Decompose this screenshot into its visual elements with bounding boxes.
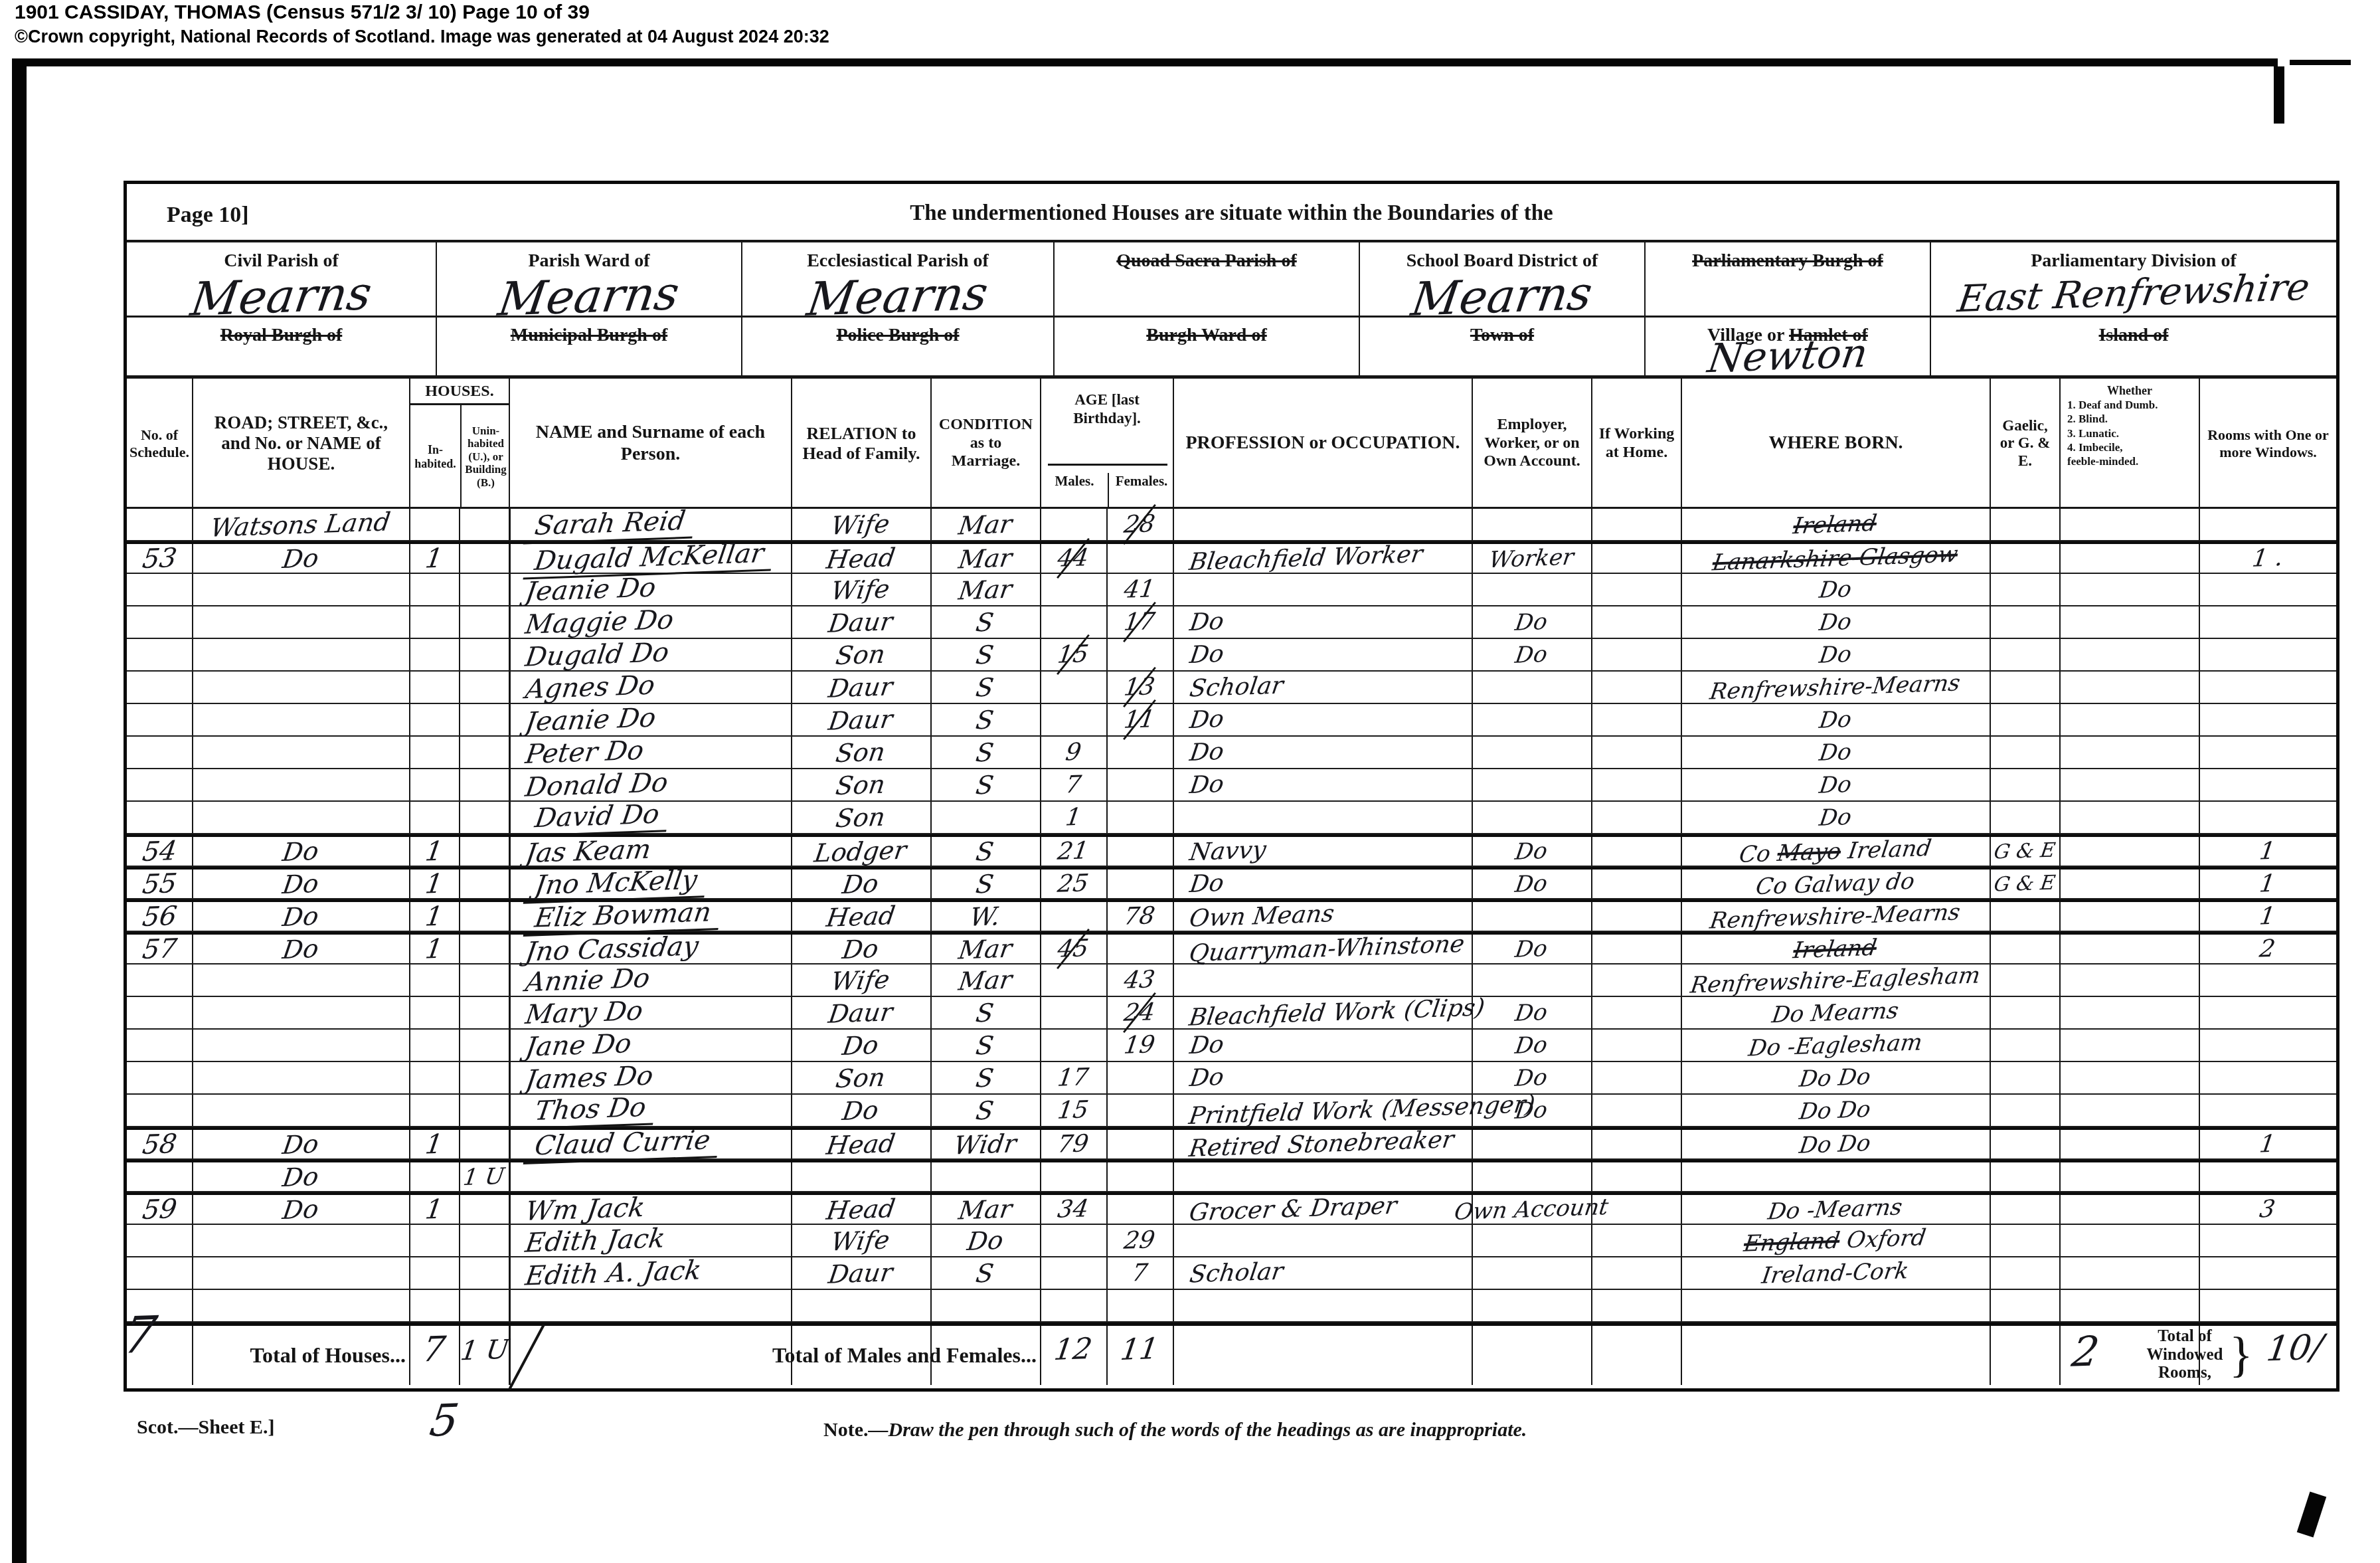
cell-employer: Do bbox=[1472, 1062, 1591, 1093]
cell-rooms: 1 bbox=[2199, 870, 2336, 898]
cell-condition: S bbox=[930, 870, 1040, 898]
cell-employer-text: Do bbox=[1515, 1097, 1547, 1124]
scan-left-edge bbox=[12, 58, 27, 1563]
cell-name: Sarah Reid bbox=[509, 509, 808, 540]
cell-name: Jno Cassiday bbox=[509, 935, 808, 963]
cell-age-female: 28 bbox=[1106, 509, 1173, 540]
parish-label-bottom: Municipal Burgh of bbox=[437, 325, 741, 346]
cell-condition: Widr bbox=[930, 1130, 1040, 1158]
cell-age-male: 34 bbox=[1040, 1195, 1106, 1224]
total-houses-inhabited: 7 bbox=[409, 1330, 459, 1370]
total-males: 12 bbox=[1040, 1333, 1106, 1366]
cell-name-text: Jeanie Do bbox=[526, 575, 655, 605]
table-row: 59Do1Wm JackHeadMar34Grocer & DraperOwn … bbox=[127, 1192, 2336, 1225]
cell-employer-text: Do bbox=[1515, 1065, 1547, 1091]
cell-profession: Do bbox=[1173, 704, 1489, 735]
cell-relation: Daur bbox=[791, 1257, 930, 1289]
cell-age-male: 9 bbox=[1040, 737, 1106, 768]
cell-inhabited-text: 1 bbox=[426, 901, 442, 932]
cell-name-text: James Do bbox=[526, 1063, 653, 1093]
scan-corner-blob bbox=[2297, 1492, 2327, 1538]
cell-inhabited: 1 bbox=[409, 902, 459, 931]
cell-profession-text: Quarryman-Whinstone bbox=[1190, 935, 1464, 963]
cell-age-male: 7 bbox=[1040, 769, 1106, 800]
cell-name: Edith Jack bbox=[509, 1225, 808, 1256]
cell-profession: Grocer & Draper bbox=[1173, 1195, 1489, 1224]
cell-profession: Retired Stonebreaker bbox=[1173, 1130, 1489, 1158]
cell-age-female: 11 bbox=[1106, 704, 1173, 735]
cell-employer: Do bbox=[1472, 1095, 1591, 1126]
table-row: Mary DoDaurS24Bleachfield Work (Clips)Do… bbox=[127, 997, 2336, 1030]
cell-relation-text: Wife bbox=[831, 966, 889, 995]
cell-relation-text: Son bbox=[836, 1063, 885, 1093]
cell-condition-text: Mar bbox=[959, 544, 1012, 573]
cell-relation: Head bbox=[791, 1130, 930, 1158]
parish-cell: Civil Parish ofMearnsRoyal Burgh of bbox=[127, 242, 436, 375]
cell-schedule-no: 54 bbox=[127, 837, 192, 866]
cell-age-female: 7 bbox=[1106, 1257, 1173, 1289]
sheet-footnote-left: Scot.—Sheet E.] bbox=[137, 1416, 274, 1439]
cell-relation: Do bbox=[791, 870, 930, 898]
cell-relation-text: Head bbox=[827, 1130, 895, 1159]
cell-age-male: 15 bbox=[1040, 639, 1106, 670]
cell-name-text: Edith Jack bbox=[526, 1226, 665, 1256]
cell-relation-text: Daur bbox=[829, 673, 892, 702]
cell-rooms-text: 1 bbox=[2260, 838, 2275, 865]
cell-age-male: 25 bbox=[1040, 870, 1106, 898]
cell-condition-text: Mar bbox=[959, 510, 1012, 539]
cell-where-born: Do -Mearns bbox=[1681, 1195, 1990, 1224]
cell-rooms: 1 bbox=[2199, 837, 2336, 866]
cell-employer: Do bbox=[1472, 935, 1591, 963]
cell-age-male-text: 1 bbox=[1066, 804, 1081, 831]
parish-divider bbox=[1931, 316, 2336, 318]
cell-schedule-no-text: 59 bbox=[143, 1194, 177, 1225]
cell-condition: W. bbox=[930, 902, 1040, 931]
cell-age-male-text: 21 bbox=[1058, 838, 1088, 865]
cell-profession-text: Navvy bbox=[1190, 838, 1266, 865]
cell-road: Do bbox=[192, 1162, 409, 1191]
cell-road: Do bbox=[192, 1130, 409, 1158]
cell-relation-text: Do bbox=[843, 1031, 878, 1060]
cell-age-male-text: 15 bbox=[1058, 1097, 1088, 1124]
cell-condition: S bbox=[930, 837, 1040, 866]
cell-where-born-text: Renfrewshire-Mearns bbox=[1711, 674, 1960, 701]
cell-relation: Son bbox=[791, 802, 930, 833]
cell-name: Claud Currie bbox=[509, 1130, 808, 1158]
cell-name-text: Dugald McKellar bbox=[526, 542, 772, 575]
colhead-infirmity: Whether1. Deaf and Dumb.2. Blind.3. Luna… bbox=[2059, 379, 2199, 508]
cell-name-text: Jas Keam bbox=[526, 836, 650, 867]
cell-profession-text: Own Means bbox=[1190, 903, 1333, 930]
cell-condition-text: S bbox=[976, 1096, 993, 1125]
cell-relation: Son bbox=[791, 639, 930, 670]
cell-condition: S bbox=[930, 997, 1040, 1028]
cell-profession-text: Do bbox=[1190, 771, 1224, 798]
cell-where-born: Do Do bbox=[1681, 1062, 1990, 1093]
cell-age-female-text: 29 bbox=[1124, 1227, 1155, 1254]
cell-profession: Do bbox=[1173, 870, 1489, 898]
cell-name: Jeanie Do bbox=[509, 704, 808, 735]
cell-condition-text: Widr bbox=[954, 1130, 1016, 1159]
cell-schedule-no: 55 bbox=[127, 870, 192, 898]
cell-schedule-no-text: 54 bbox=[143, 836, 177, 867]
cell-rooms: 2 bbox=[2199, 935, 2336, 963]
cell-age-female-text: 24 bbox=[1124, 999, 1155, 1026]
cell-relation-text: Head bbox=[827, 544, 895, 573]
total-windowed-value: 10/ bbox=[2258, 1329, 2332, 1368]
cell-condition-text: S bbox=[976, 608, 993, 637]
cell-where-born: Do bbox=[1681, 802, 1990, 833]
cell-profession: Do bbox=[1173, 769, 1489, 800]
cell-employer-text: Do bbox=[1515, 838, 1547, 865]
cell-where-born: Do bbox=[1681, 574, 1990, 605]
cell-relation-text: Wife bbox=[831, 1226, 889, 1255]
cell-road-text: Do bbox=[283, 870, 318, 899]
colhead-where-born: WHERE BORN. bbox=[1681, 379, 1990, 508]
table-row: 53Do1Dugald McKellarHeadMar44Bleachfield… bbox=[127, 541, 2336, 574]
cell-age-female-text: 11 bbox=[1124, 706, 1155, 733]
cell-employer: Do bbox=[1472, 870, 1591, 898]
colhead-uninhabited: Unin-habited (U.), or Building (B.) bbox=[460, 405, 510, 508]
footer-note-text: —Draw the pen through such of the words … bbox=[868, 1419, 1527, 1441]
cell-where-born: England Oxford bbox=[1681, 1225, 1990, 1256]
table-row: Jeanie DoDaurS11DoDo bbox=[127, 704, 2336, 737]
cell-relation-text: Son bbox=[836, 803, 885, 832]
cell-relation: Wife bbox=[791, 1225, 930, 1256]
cell-where-born-text: Do bbox=[1820, 804, 1851, 831]
cell-age-female: 13 bbox=[1106, 672, 1173, 703]
cell-name-text: Jane Do bbox=[526, 1030, 631, 1061]
cell-relation-text: Daur bbox=[829, 1259, 892, 1288]
colhead-age-divider bbox=[1048, 464, 1167, 466]
table-row bbox=[127, 1290, 2336, 1323]
cell-condition-text: W. bbox=[970, 902, 1000, 931]
total-windowed-line2: Windowed bbox=[2135, 1346, 2235, 1364]
colhead-males: Males. bbox=[1041, 473, 1108, 490]
cell-age-female-text: 17 bbox=[1124, 608, 1155, 636]
cell-relation: Wife bbox=[791, 574, 930, 605]
cell-age-male: 1 bbox=[1040, 802, 1106, 833]
cell-condition: S bbox=[930, 704, 1040, 735]
colhead-infirmity-title: Whether bbox=[2065, 384, 2195, 398]
cell-age-male: 17 bbox=[1040, 1062, 1106, 1093]
cell-road: Do bbox=[192, 902, 409, 931]
census-scan-page: 1901 CASSIDAY, THOMAS (Census 571/2 3/ 1… bbox=[0, 0, 2380, 1563]
cell-name: Eliz Bowman bbox=[509, 902, 808, 931]
cell-age-female-text: 13 bbox=[1124, 674, 1155, 701]
cell-where-born-text: Do bbox=[1820, 772, 1851, 798]
cell-profession-text: Bleachfield Work (Clips) bbox=[1190, 999, 1484, 1026]
cell-name-text: Jeanie Do bbox=[526, 705, 655, 735]
table-row: 57Do1Jno CassidayDoMar45Quarryman-Whinst… bbox=[127, 932, 2336, 965]
cell-age-female-text: 41 bbox=[1124, 576, 1155, 603]
cell-schedule-no-text: 53 bbox=[143, 543, 177, 574]
cell-name-text: Agnes Do bbox=[526, 672, 654, 703]
cell-condition-text: Mar bbox=[959, 575, 1012, 604]
cell-gaelic: G & E bbox=[1990, 870, 2059, 898]
cell-employer: Worker bbox=[1472, 544, 1591, 573]
cell-name: Mary Do bbox=[509, 997, 808, 1028]
parish-label-top: Parliamentary Burgh of bbox=[1646, 250, 1930, 272]
cell-relation-text: Daur bbox=[829, 705, 892, 735]
cell-road: Watsons Land bbox=[192, 509, 409, 540]
cell-profession-text: Do bbox=[1190, 1032, 1224, 1059]
table-row: Dugald DoSonS15DoDoDo bbox=[127, 639, 2336, 672]
totals-band: Total of Houses... 7 1 U Total of Males … bbox=[127, 1323, 2336, 1385]
margin-tick: 7 bbox=[124, 1305, 156, 1364]
cell-schedule-no-text: 55 bbox=[143, 869, 177, 899]
cell-relation: Head bbox=[791, 544, 930, 573]
cell-gaelic-text: G & E bbox=[1994, 840, 2055, 863]
cell-where-born-text: Co Galway do bbox=[1756, 871, 1914, 897]
cell-where-born-text: Do -Mearns bbox=[1768, 1196, 1902, 1223]
cell-road: Do bbox=[192, 1195, 409, 1224]
cell-condition-text: S bbox=[976, 771, 993, 800]
table-row: Agnes DoDaurS13ScholarRenfrewshire-Mearn… bbox=[127, 672, 2336, 704]
cell-age-female-text: 43 bbox=[1124, 966, 1155, 994]
cell-condition-text: Do bbox=[968, 1226, 1003, 1255]
colhead-age-title: AGE [last Birthday]. bbox=[1041, 391, 1173, 427]
cell-where-born-text: Do bbox=[1820, 609, 1851, 636]
cell-relation-text: Daur bbox=[829, 608, 892, 637]
cell-relation-text: Wife bbox=[831, 510, 889, 539]
cell-name-text: Peter Do bbox=[526, 737, 643, 768]
cell-condition: Do bbox=[930, 1225, 1040, 1256]
cell-profession: Scholar bbox=[1173, 1257, 1489, 1289]
cell-schedule-no: 58 bbox=[127, 1130, 192, 1158]
sheet-label: Scot.—Sheet E.] bbox=[137, 1416, 274, 1438]
cell-relation-text: Son bbox=[836, 738, 885, 767]
cell-profession: Navvy bbox=[1173, 837, 1489, 866]
parish-cell: Parliamentary Burgh ofVillage or Hamlet … bbox=[1644, 242, 1930, 375]
cell-where-born-text: Co Mayo Ireland bbox=[1740, 838, 1930, 865]
total-houses-uninhabited: 1 U bbox=[455, 1335, 515, 1366]
sheet-title: The undermentioned Houses are situate wi… bbox=[127, 201, 2336, 226]
cell-name: Dugald McKellar bbox=[509, 544, 808, 573]
table-row: Edith A. JackDaurS7ScholarIreland-Cork bbox=[127, 1257, 2336, 1290]
cell-schedule-no: 53 bbox=[127, 544, 192, 573]
parish-label-bottom: Royal Burgh of bbox=[127, 325, 436, 346]
parish-divider bbox=[437, 316, 741, 318]
table-row: Edith JackWifeDo29England Oxford bbox=[127, 1225, 2336, 1257]
cell-age-female: 41 bbox=[1106, 574, 1173, 605]
parish-cell: School Board District ofMearnsTown of bbox=[1359, 242, 1644, 375]
cell-road-text: Watsons Land bbox=[211, 510, 390, 539]
cell-condition: Mar bbox=[930, 509, 1040, 540]
cell-rooms-text: 1 bbox=[2260, 870, 2275, 897]
cell-name: Edith A. Jack bbox=[509, 1257, 808, 1289]
cell-relation: Wife bbox=[791, 965, 930, 996]
colhead-infirmity-item: feeble-minded. bbox=[2065, 454, 2195, 468]
cell-condition-text: S bbox=[976, 837, 993, 866]
cell-name-text: Thos Do bbox=[526, 1094, 655, 1127]
cell-rooms: 3 bbox=[2199, 1195, 2336, 1224]
cell-age-male-text: 34 bbox=[1058, 1196, 1088, 1223]
scan-top-edge bbox=[12, 58, 2278, 66]
cell-employer-text: Worker bbox=[1489, 545, 1573, 572]
cell-profession: Do bbox=[1173, 606, 1489, 638]
gaelic-total-mark: 2 bbox=[2046, 1327, 2126, 1376]
cell-relation-text: Head bbox=[827, 902, 895, 931]
parish-divider bbox=[1360, 316, 1644, 318]
cell-schedule-no: 57 bbox=[127, 935, 192, 963]
cell-employer: Own Account bbox=[1472, 1195, 1591, 1224]
cell-relation: Son bbox=[791, 769, 930, 800]
cell-inhabited-text: 1 bbox=[426, 1129, 442, 1160]
cell-name: Agnes Do bbox=[509, 672, 808, 703]
cell-age-female: 78 bbox=[1106, 902, 1173, 931]
cell-condition: Mar bbox=[930, 544, 1040, 573]
cell-name: Wm Jack bbox=[509, 1195, 808, 1224]
cell-where-born: Do bbox=[1681, 606, 1990, 638]
total-windowed-label: Total of Windowed Rooms, bbox=[2135, 1327, 2235, 1382]
cell-where-born: Renfrewshire-Eaglesham bbox=[1681, 965, 1990, 996]
cell-name-text: Mary Do bbox=[526, 998, 642, 1028]
table-row: 54Do1Jas KeamLodgerS21NavvyDoCo Mayo Ire… bbox=[127, 834, 2336, 867]
cell-name: Jno McKelly bbox=[509, 870, 808, 898]
cell-inhabited-text: 1 bbox=[426, 934, 442, 965]
table-row: James DoSonS17DoDoDo Do bbox=[127, 1062, 2336, 1095]
cell-age-female: 29 bbox=[1106, 1225, 1173, 1256]
colhead-age-group: AGE [last Birthday].Males.Females. bbox=[1040, 379, 1173, 508]
cell-where-born: Do Do bbox=[1681, 1130, 1990, 1158]
cell-relation-text: Head bbox=[827, 1195, 895, 1224]
parish-divider bbox=[127, 316, 436, 318]
cell-inhabited-text: 1 bbox=[426, 869, 442, 899]
colhead-gaelic: Gaelic, or G. & E. bbox=[1990, 379, 2059, 508]
cell-road: Do bbox=[192, 544, 409, 573]
cell-age-male-text: 25 bbox=[1058, 870, 1088, 897]
cell-relation-text: Lodger bbox=[815, 837, 906, 866]
cell-where-born: Co Mayo Ireland bbox=[1681, 837, 1990, 866]
cell-employer: Do bbox=[1472, 837, 1591, 866]
cell-where-born-text: Do -Eaglesham bbox=[1749, 1032, 1922, 1059]
cell-age-female-text: 28 bbox=[1124, 511, 1155, 538]
cell-condition: S bbox=[930, 639, 1040, 670]
cell-name: Maggie Do bbox=[509, 606, 808, 638]
cell-relation: Do bbox=[791, 1095, 930, 1126]
table-row: 56Do1Eliz BowmanHeadW.78Own MeansRenfrew… bbox=[127, 899, 2336, 932]
footer-note: Note.—Draw the pen through such of the w… bbox=[823, 1419, 1527, 1441]
cell-age-male-text: 17 bbox=[1058, 1064, 1088, 1091]
cell-age-female-text: 78 bbox=[1124, 903, 1155, 930]
cell-age-male-text: 45 bbox=[1058, 935, 1088, 963]
cell-inhabited: 1 bbox=[409, 837, 459, 866]
cell-employer-text: Do bbox=[1515, 609, 1547, 636]
cell-age-female: 43 bbox=[1106, 965, 1173, 996]
table-row: 55Do1Jno McKellyDoS25DoDoCo Galway doG &… bbox=[127, 867, 2336, 899]
cell-age-male: 21 bbox=[1040, 837, 1106, 866]
cell-inhabited: 1 bbox=[409, 1195, 459, 1224]
cell-age-male-text: 15 bbox=[1058, 641, 1088, 668]
cell-condition-text: S bbox=[976, 1031, 993, 1060]
cell-age-female-text: 7 bbox=[1132, 1259, 1147, 1287]
colhead-if-working-at-home: If Working at Home. bbox=[1591, 379, 1681, 508]
cell-name: Jas Keam bbox=[509, 837, 808, 866]
cell-name-text: Claud Currie bbox=[526, 1128, 719, 1161]
cell-employer: Do bbox=[1472, 606, 1591, 638]
cell-name: Thos Do bbox=[509, 1095, 808, 1126]
cell-relation: Daur bbox=[791, 606, 930, 638]
cell-uninhabited: 1 U bbox=[459, 1162, 509, 1191]
cell-condition-text: S bbox=[976, 870, 993, 899]
cell-where-born-text: England Oxford bbox=[1744, 1228, 1925, 1254]
cell-profession: Do bbox=[1173, 639, 1489, 670]
parish-label-bottom: Burgh Ward of bbox=[1055, 325, 1359, 346]
cell-condition: Mar bbox=[930, 574, 1040, 605]
cell-name-text: Jno McKelly bbox=[526, 868, 706, 901]
colhead-females: Females. bbox=[1108, 473, 1174, 508]
cell-condition-text: Mar bbox=[959, 966, 1012, 995]
colhead-profession: PROFESSION or OCCUPATION. bbox=[1173, 379, 1472, 508]
cell-rooms-text: 3 bbox=[2260, 1196, 2275, 1223]
cell-where-born: Renfrewshire-Mearns bbox=[1681, 672, 1990, 703]
parish-cell: Quoad Sacra Parish ofBurgh Ward of bbox=[1053, 242, 1359, 375]
cell-name-text: Edith A. Jack bbox=[526, 1258, 701, 1289]
cell-relation: Daur bbox=[791, 672, 930, 703]
cell-name-text: Donald Do bbox=[526, 770, 667, 800]
cell-inhabited: 1 bbox=[409, 1130, 459, 1158]
cell-road-text: Do bbox=[283, 935, 318, 964]
cell-where-born-text: Do bbox=[1820, 707, 1851, 733]
cell-name-text: Sarah Reid bbox=[526, 508, 694, 541]
total-houses-label: Total of Houses... bbox=[167, 1343, 406, 1368]
cell-name-text: Wm Jack bbox=[526, 1194, 644, 1225]
parish-label-top: Quoad Sacra Parish of bbox=[1055, 250, 1359, 272]
colhead-employer: Employer, Worker, or on Own Account. bbox=[1472, 379, 1591, 508]
parish-value-bottom: Newton bbox=[1646, 333, 1930, 379]
cell-where-born-text: Lanarkshire-Glasgow bbox=[1713, 545, 1957, 572]
cell-profession-text: Retired Stonebreaker bbox=[1190, 1131, 1453, 1158]
total-windowed-brace: } bbox=[2229, 1327, 2253, 1384]
parish-cell: Parish Ward ofMearnsMunicipal Burgh of bbox=[436, 242, 741, 375]
cell-name: Peter Do bbox=[509, 737, 808, 768]
cell-rooms-text: 1 bbox=[2260, 1131, 2275, 1158]
cell-relation: Daur bbox=[791, 997, 930, 1028]
cell-name-text: Jno Cassiday bbox=[526, 934, 698, 965]
cell-condition: Mar bbox=[930, 965, 1040, 996]
cell-rooms-text: 1 . bbox=[2252, 545, 2283, 572]
table-row: Annie DoWifeMar43Renfrewshire-Eaglesham bbox=[127, 965, 2336, 997]
cell-employer: Do bbox=[1472, 997, 1591, 1028]
cell-employer: Do bbox=[1472, 639, 1591, 670]
cell-age-male-text: 9 bbox=[1066, 739, 1081, 766]
cell-condition: S bbox=[930, 737, 1040, 768]
cell-relation-text: Do bbox=[843, 935, 878, 964]
viewer-title: 1901 CASSIDAY, THOMAS (Census 571/2 3/ 1… bbox=[15, 1, 590, 24]
cell-gaelic: G & E bbox=[1990, 837, 2059, 866]
cell-where-born-text: Do Do bbox=[1800, 1065, 1870, 1091]
colhead-infirmity-item: 4. Imbecile, bbox=[2065, 440, 2195, 454]
cell-road-text: Do bbox=[283, 837, 318, 866]
colhead-infirmity-item: 1. Deaf and Dumb. bbox=[2065, 398, 2195, 412]
cell-profession: Do bbox=[1173, 1062, 1489, 1093]
cell-rooms-text: 2 bbox=[2260, 935, 2275, 963]
parish-value-top: East Renfrewshire bbox=[1931, 272, 2336, 315]
cell-where-born: Ireland-Cork bbox=[1681, 1257, 1990, 1289]
cell-where-born-text: Do bbox=[1820, 739, 1851, 766]
cell-employer-text: Own Account bbox=[1455, 1196, 1608, 1223]
cell-where-born: Lanarkshire-Glasgow bbox=[1681, 544, 1990, 573]
colhead-houses-group: HOUSES.In-habited.Unin-habited (U.), or … bbox=[409, 379, 509, 508]
cell-where-born-text: Do Mearns bbox=[1772, 1000, 1898, 1026]
cell-schedule-no-text: 56 bbox=[143, 901, 177, 932]
cell-relation-text: Do bbox=[843, 1096, 878, 1125]
parish-label-bottom: Island of bbox=[1931, 325, 2336, 346]
cell-condition: Mar bbox=[930, 935, 1040, 963]
cell-profession-text: Bleachfield Worker bbox=[1190, 545, 1422, 572]
